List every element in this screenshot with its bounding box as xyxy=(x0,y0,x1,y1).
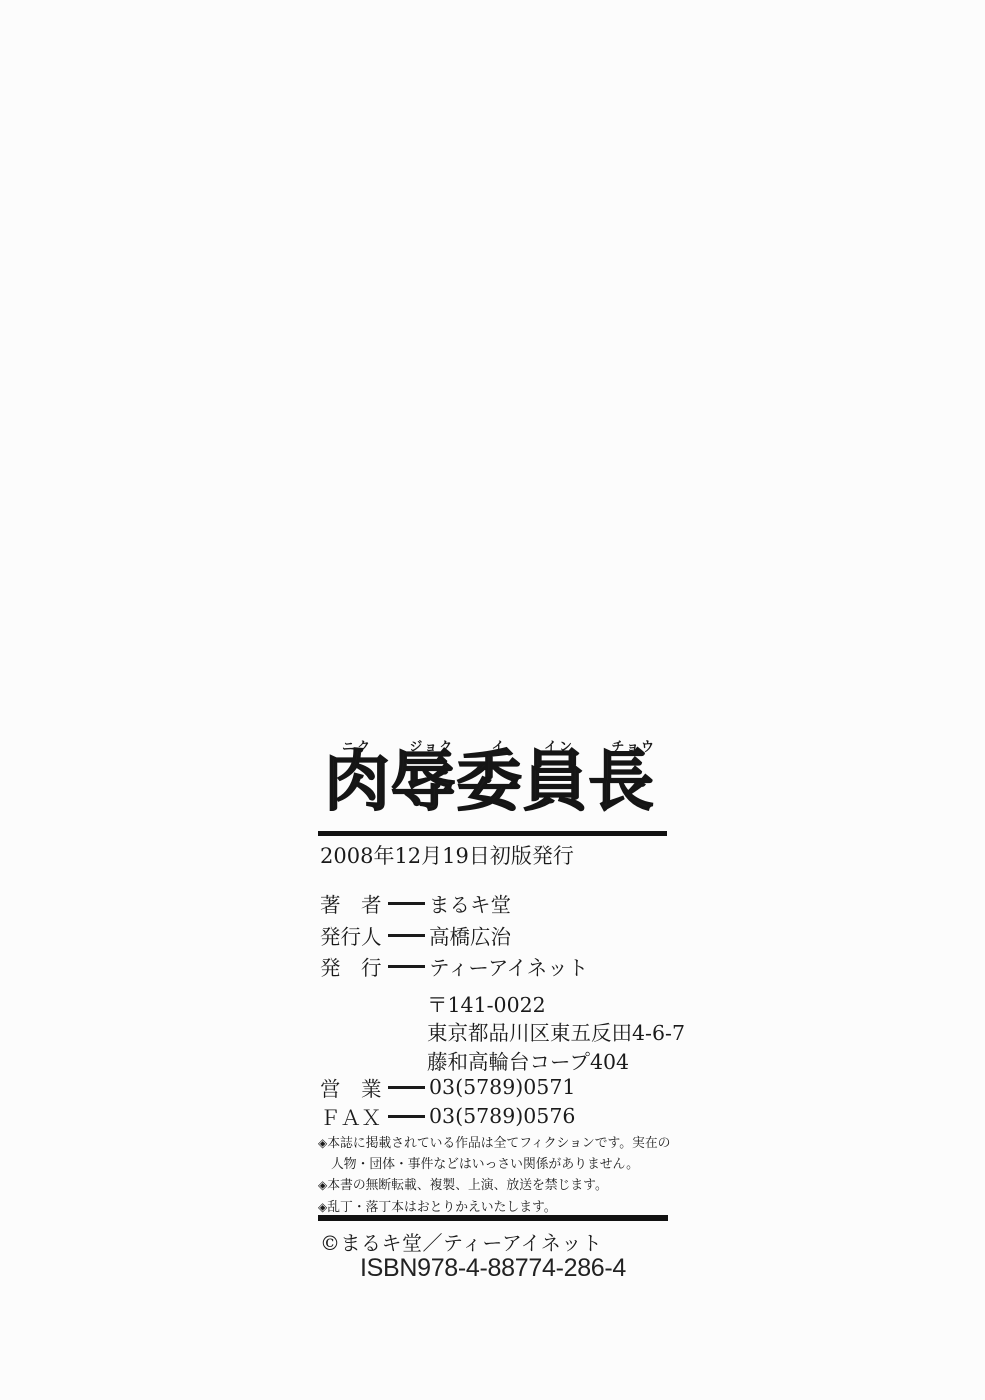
credit-value: 03(5789)0571 xyxy=(429,1075,575,1099)
copyright-line: ©まるキ堂／ティーアイネット xyxy=(320,1227,602,1256)
legal-notices: ◈本誌に掲載されている作品は全てフィクションです。実在の人物・団体・事件などはい… xyxy=(318,1133,680,1218)
diamond-icon: ◈ xyxy=(318,1178,327,1192)
dash-line xyxy=(388,934,425,937)
credit-label: 発 行 xyxy=(320,951,384,981)
credit-row-fax: ＦＡＸ 03(5789)0576 xyxy=(320,1103,575,1129)
dash-line xyxy=(388,902,425,905)
notice-reproduction-ban: ◈本書の無断転載、複製、上演、放送を禁じます。 xyxy=(318,1175,680,1197)
bottom-divider-rule xyxy=(318,1215,668,1221)
isbn-number: ISBN978-4-88774-286-4 xyxy=(318,1254,668,1283)
postal-code: 〒141-0022 xyxy=(427,988,546,1018)
dash-line xyxy=(388,965,425,968)
credit-row-sales-phone: 営 業 03(5789)0571 xyxy=(320,1074,575,1100)
credit-value: まるキ堂 xyxy=(429,888,511,918)
credit-row-publisher: 発 行 ティーアイネット xyxy=(320,953,588,979)
colophon-page: ニク ジョク イ イン チョウ 肉辱委員長 2008年12月19日初版発行 著 … xyxy=(318,0,672,1400)
credit-value: 03(5789)0576 xyxy=(429,1104,575,1128)
credit-value: ティーアイネット xyxy=(429,951,588,981)
credit-row-author: 著 者 まるキ堂 xyxy=(320,890,511,916)
credit-value: 高橋広治 xyxy=(429,920,511,950)
notice-text: 本書の無断転載、複製、上演、放送を禁じます。 xyxy=(327,1178,608,1193)
credit-label: ＦＡＸ xyxy=(320,1101,384,1131)
notice-text: 乱丁・落丁本はおとりかえいたします。 xyxy=(327,1200,556,1215)
credit-label: 著 者 xyxy=(320,888,384,918)
notice-fiction-disclaimer: ◈本誌に掲載されている作品は全てフィクションです。実在の人物・団体・事件などはい… xyxy=(318,1133,680,1175)
address-line: 藤和高輪台コープ404 xyxy=(427,1045,629,1075)
title-divider-rule xyxy=(318,831,667,836)
credit-label: 発行人 xyxy=(320,920,384,950)
credit-label: 営 業 xyxy=(320,1072,384,1102)
notice-text: 本誌に掲載されている作品は全てフィクションです。実在の人物・団体・事件などはいっ… xyxy=(327,1136,670,1172)
book-title: 肉辱委員長 xyxy=(324,747,654,816)
credit-row-publisher-person: 発行人 高橋広治 xyxy=(320,922,511,948)
dash-line xyxy=(388,1115,425,1118)
diamond-icon: ◈ xyxy=(318,1200,327,1214)
address-line: 東京都品川区東五反田4-6-7 xyxy=(427,1016,685,1046)
dash-line xyxy=(388,1086,425,1089)
publication-date: 2008年12月19日初版発行 xyxy=(320,840,574,870)
diamond-icon: ◈ xyxy=(318,1136,327,1150)
